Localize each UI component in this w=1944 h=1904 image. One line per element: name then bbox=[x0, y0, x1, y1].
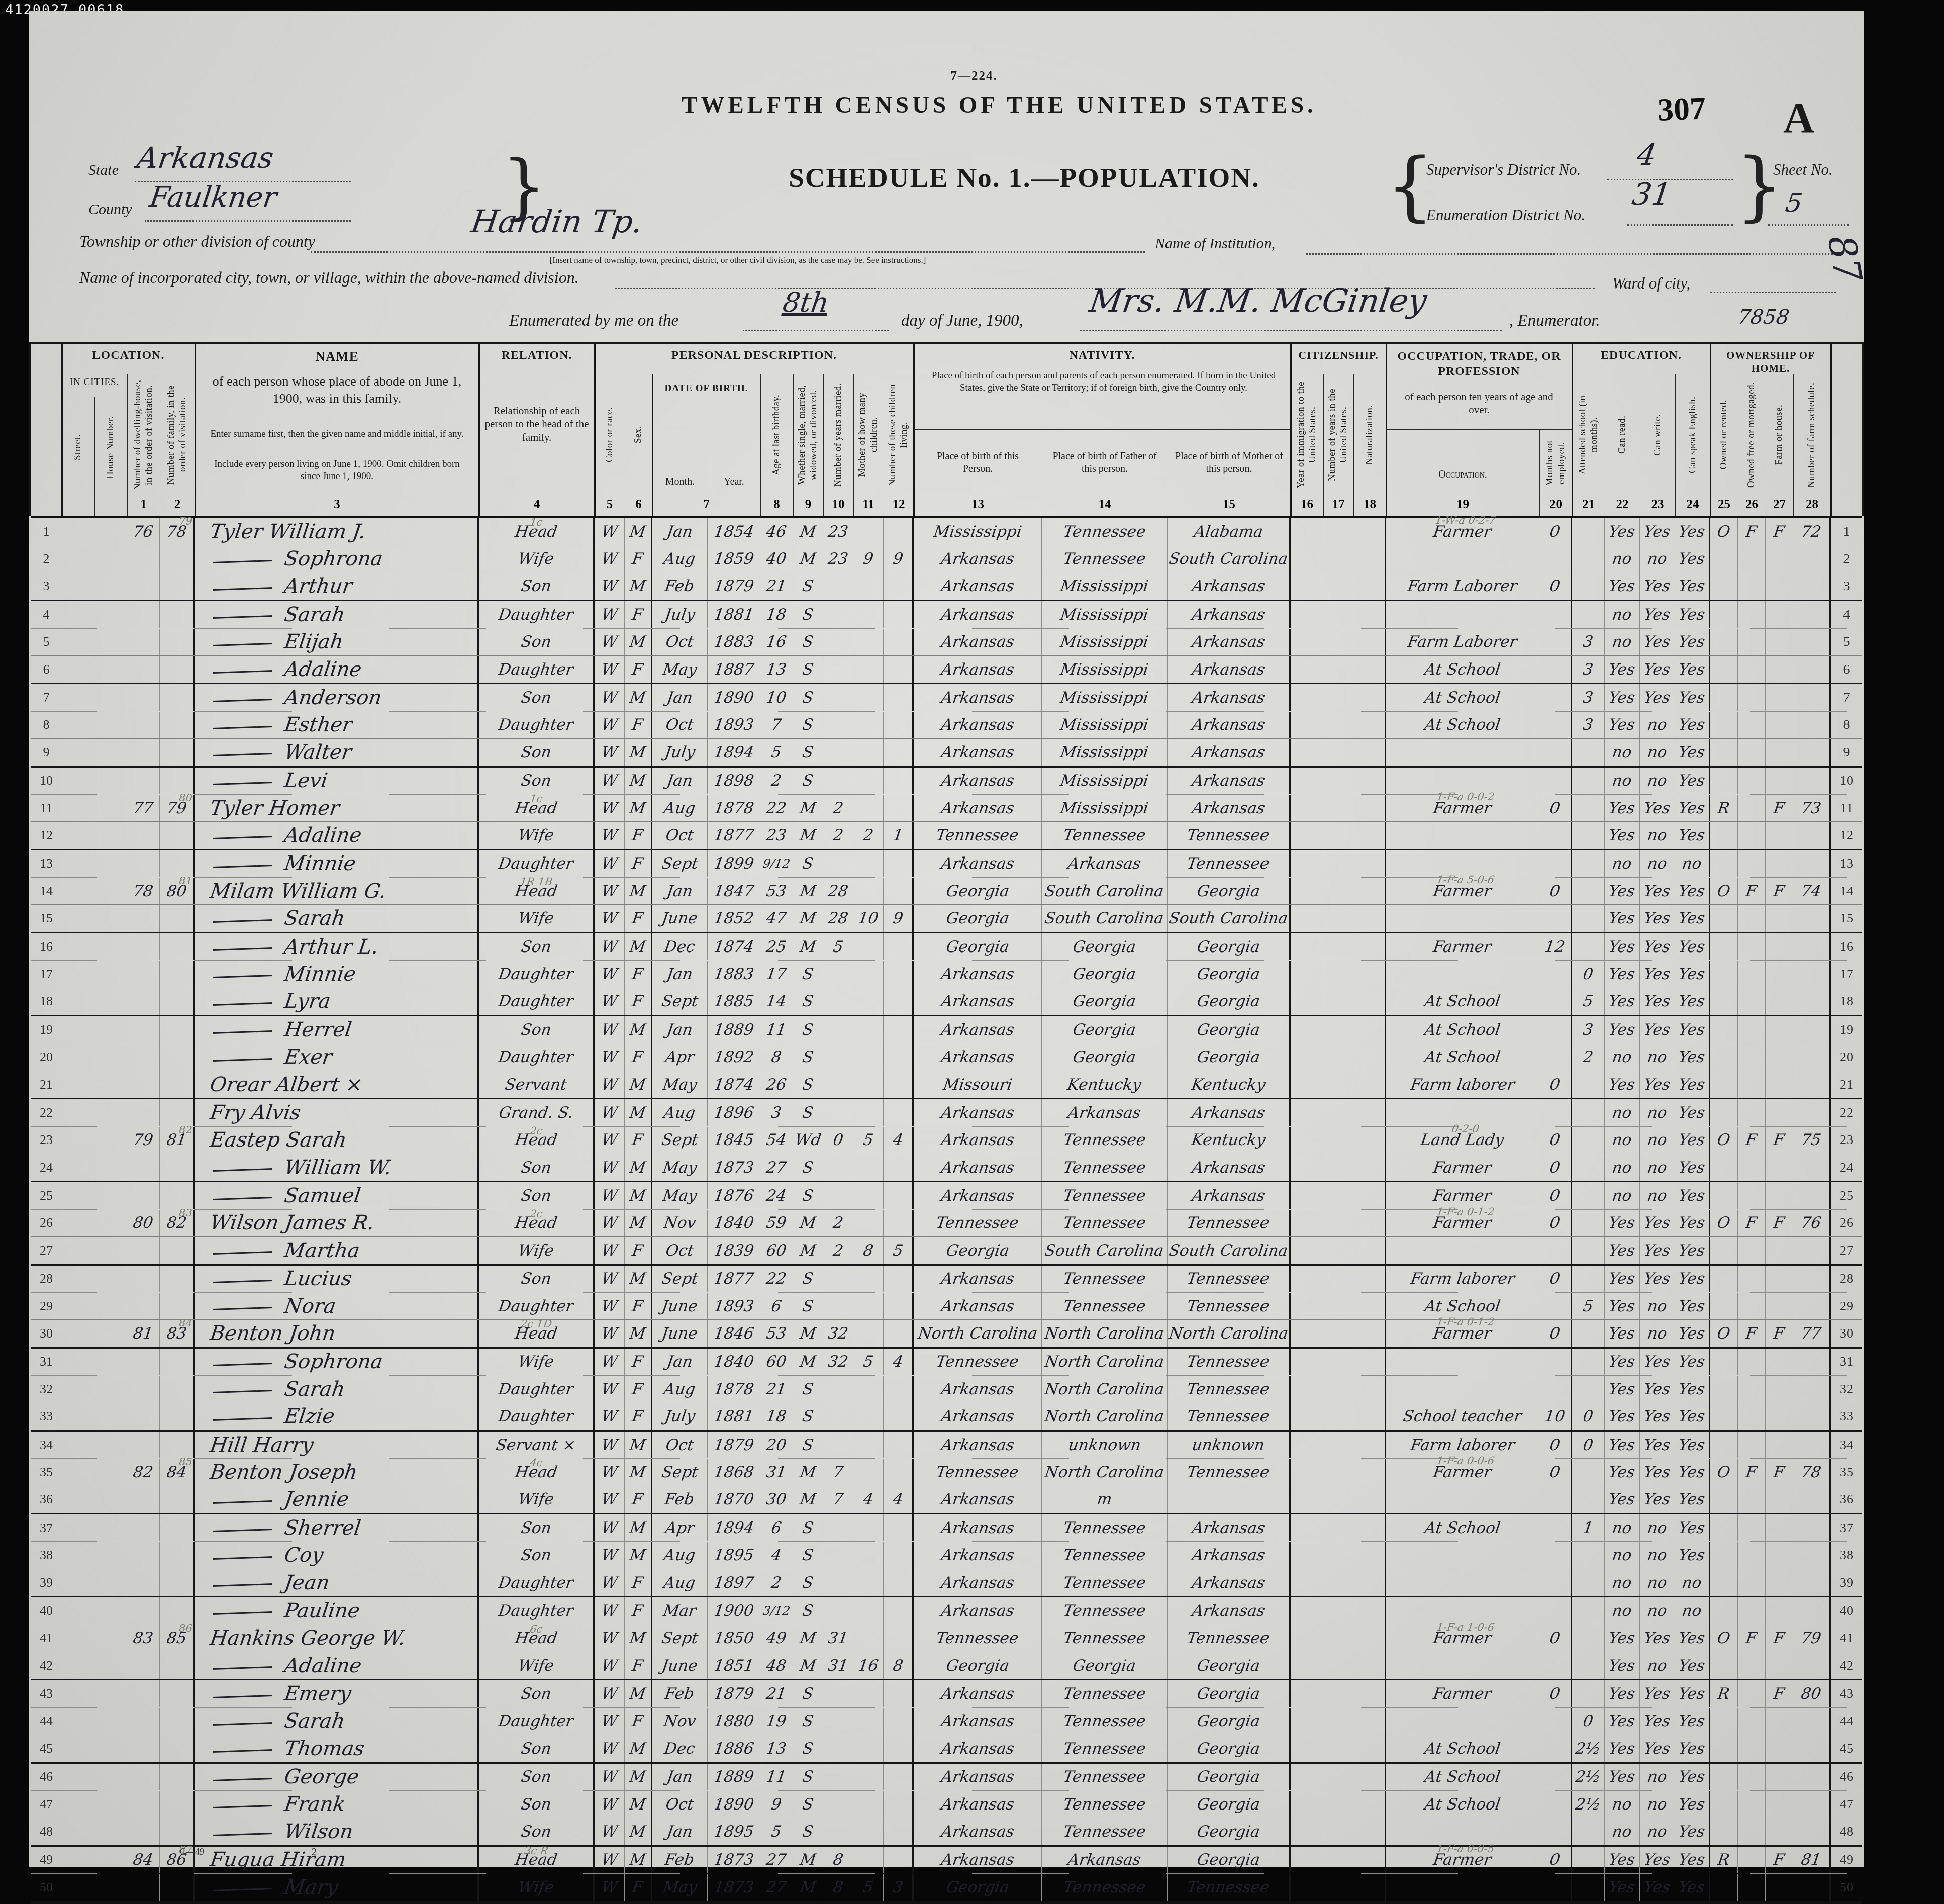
cell-ow: R bbox=[1710, 1847, 1738, 1873]
cell-mn bbox=[1539, 768, 1572, 794]
cell-ag: 21 bbox=[760, 1376, 793, 1402]
column-number-12: 12 bbox=[884, 498, 914, 512]
table-row: 47FrankSonWMOct18909SArkansasTennesseeGe… bbox=[31, 1791, 1862, 1818]
cell-fr bbox=[1738, 684, 1766, 711]
cell-mo: Oct bbox=[652, 712, 708, 738]
cell-st bbox=[62, 1403, 94, 1430]
cell-p3: Tennessee bbox=[1168, 1403, 1291, 1430]
cell-yr: 1850 bbox=[708, 1625, 760, 1652]
pencil-note: 1-F-a 0-0-6 bbox=[1436, 1455, 1495, 1467]
cell-ow bbox=[1710, 1486, 1738, 1513]
cell-fh bbox=[1766, 822, 1793, 848]
cell-fs: 76 bbox=[1793, 1210, 1831, 1236]
cell-fs bbox=[1793, 933, 1831, 960]
ditto-dash bbox=[213, 1363, 272, 1366]
cell-yr: 1883 bbox=[708, 629, 760, 655]
cell-yr: 1840 bbox=[708, 1210, 760, 1236]
cell-mL: 2 bbox=[31, 545, 62, 572]
cell-rl: Head1c bbox=[479, 795, 595, 821]
cell-ow bbox=[1710, 1432, 1738, 1458]
cell-mR: 7 bbox=[1831, 684, 1862, 711]
cell-oc bbox=[1386, 768, 1539, 794]
cell-s: M bbox=[625, 1459, 652, 1485]
cell-fs: 74 bbox=[1793, 878, 1831, 904]
cell-c: W bbox=[595, 795, 625, 821]
cell-yr: 1846 bbox=[708, 1320, 760, 1347]
cell-mn bbox=[1539, 684, 1572, 711]
cell-yus bbox=[1323, 1818, 1353, 1845]
cell-c: W bbox=[595, 988, 625, 1015]
cell-ag: 46 bbox=[760, 518, 793, 545]
cell-p1: Tennessee bbox=[914, 1459, 1042, 1485]
cell-s: F bbox=[625, 1349, 652, 1375]
cell-fr bbox=[1738, 601, 1766, 628]
cell-mc: 10 bbox=[853, 905, 884, 931]
cell-yus bbox=[1323, 1569, 1353, 1596]
cell-sc bbox=[1572, 1376, 1605, 1402]
cell-mo: Feb bbox=[652, 573, 708, 600]
cell-yus bbox=[1323, 1514, 1353, 1541]
cell-st bbox=[62, 601, 94, 628]
cell-wr: Yes bbox=[1640, 1237, 1675, 1264]
cell-mo: Sept bbox=[652, 1459, 708, 1485]
cell-fh bbox=[1766, 1486, 1793, 1513]
cell-fh bbox=[1766, 1764, 1793, 1790]
cell-s: F bbox=[625, 850, 652, 877]
cell-fr bbox=[1738, 573, 1766, 600]
cell-hn bbox=[94, 1182, 127, 1209]
cell-rl: Head6c bbox=[479, 1625, 595, 1652]
cell-fh bbox=[1766, 1071, 1793, 1098]
cell-hn bbox=[94, 1349, 127, 1375]
cell-mc bbox=[853, 1542, 884, 1568]
cell-fa: 8586 bbox=[160, 1625, 195, 1652]
cell-s: M bbox=[625, 1432, 652, 1458]
cell-p2: Tennessee bbox=[1042, 1293, 1168, 1319]
cell-wr: Yes bbox=[1640, 573, 1675, 600]
cell-mR: 41 bbox=[1831, 1625, 1862, 1652]
cell-ym: 8 bbox=[823, 1874, 853, 1900]
pencil-note: 83 bbox=[179, 1207, 192, 1219]
cell-mc bbox=[853, 878, 884, 904]
cell-cl bbox=[884, 850, 914, 877]
cell-nat bbox=[1353, 1237, 1386, 1264]
table-row: 13MinnieDaughterWFSept18999/12SArkansasA… bbox=[31, 850, 1862, 878]
cell-p1: Arkansas bbox=[914, 1154, 1042, 1181]
cell-dw: 80 bbox=[127, 1210, 160, 1236]
cell-cl bbox=[884, 739, 914, 766]
cell-p1: Arkansas bbox=[914, 1266, 1042, 1292]
cell-nat bbox=[1353, 1349, 1386, 1375]
cell-fr bbox=[1738, 1293, 1766, 1319]
cell-ag: 11 bbox=[760, 1764, 793, 1790]
cell-yus bbox=[1323, 1735, 1353, 1762]
cell-rd: no bbox=[1605, 1127, 1640, 1154]
cell-fs: 80 bbox=[1793, 1680, 1831, 1707]
cell-fr bbox=[1738, 1542, 1766, 1568]
cell-ow bbox=[1710, 601, 1738, 628]
table-row: 46GeorgeSonWMJan188911SArkansasTennessee… bbox=[31, 1764, 1862, 1791]
table-row: 1767879Tyler William J.Head1cWMJan185446… bbox=[31, 518, 1862, 545]
cell-mo: Apr bbox=[652, 1514, 708, 1541]
cell-cl bbox=[884, 1266, 914, 1292]
supervisor-value: 4 bbox=[1635, 138, 1658, 172]
cell-hn bbox=[94, 1486, 127, 1513]
cell-rd: no bbox=[1605, 739, 1640, 766]
cell-yr: 1900 bbox=[708, 1597, 760, 1624]
cell-wr: Yes bbox=[1640, 1847, 1675, 1873]
cell-dw: 81 bbox=[127, 1320, 160, 1347]
cell-st bbox=[62, 933, 94, 960]
cell-ag: 26 bbox=[760, 1071, 793, 1098]
table-row: 4SarahDaughterWFJuly188118SArkansasMissi… bbox=[31, 601, 1862, 628]
cell-p1: Georgia bbox=[914, 878, 1042, 904]
column-number-19: 19 bbox=[1386, 498, 1539, 512]
cell-ma: S bbox=[793, 1266, 823, 1292]
cell-s: M bbox=[625, 768, 652, 794]
cell-mc: 9 bbox=[853, 545, 884, 572]
cell-p2: Tennessee bbox=[1042, 1791, 1168, 1818]
cell-ma: S bbox=[793, 712, 823, 738]
cell-dw bbox=[127, 712, 160, 738]
cell-mR: 36 bbox=[1831, 1486, 1862, 1513]
cell-ma: S bbox=[793, 850, 823, 877]
cell-mn bbox=[1539, 1818, 1572, 1845]
cell-cl bbox=[884, 601, 914, 628]
cell-rl: Son bbox=[479, 1514, 595, 1541]
cell-nm: Tyler Homer bbox=[195, 795, 479, 821]
cell-mR: 14 bbox=[1831, 878, 1862, 904]
cell-dw bbox=[127, 850, 160, 877]
cell-mn bbox=[1539, 1708, 1572, 1735]
cell-imm bbox=[1291, 1071, 1323, 1098]
cell-nat bbox=[1353, 1652, 1386, 1679]
cell-ma: M bbox=[793, 1210, 823, 1236]
cell-fa bbox=[160, 768, 195, 794]
cell-nm: Minnie bbox=[195, 850, 479, 877]
cell-st bbox=[62, 1680, 94, 1707]
cell-mL: 4 bbox=[31, 601, 62, 628]
cell-mR: 6 bbox=[1831, 656, 1862, 683]
cell-sc: 3 bbox=[1572, 656, 1605, 683]
cell-hn bbox=[94, 1680, 127, 1707]
cell-nat bbox=[1353, 1486, 1386, 1513]
cell-hn bbox=[94, 1459, 127, 1485]
cell-en: Yes bbox=[1675, 1237, 1710, 1264]
cell-oc bbox=[1386, 905, 1539, 931]
cell-s: F bbox=[625, 1403, 652, 1430]
ditto-dash bbox=[213, 1280, 272, 1283]
cell-mR: 1 bbox=[1831, 518, 1862, 545]
cell-ym bbox=[823, 1569, 853, 1596]
cell-imm bbox=[1291, 1708, 1323, 1735]
cell-oc bbox=[1386, 601, 1539, 628]
cell-ma: S bbox=[793, 1376, 823, 1402]
cell-p2: South Carolina bbox=[1042, 1237, 1168, 1264]
county-value: Faulkner bbox=[147, 181, 278, 214]
cell-st bbox=[62, 518, 94, 545]
cell-p2: Tennessee bbox=[1042, 1182, 1168, 1209]
cell-c: W bbox=[595, 1293, 625, 1319]
cell-mn bbox=[1539, 961, 1572, 987]
cell-mR: 9 bbox=[1831, 739, 1862, 766]
cell-ym bbox=[823, 601, 853, 628]
cell-sc: 1 bbox=[1572, 1514, 1605, 1541]
cell-ow bbox=[1710, 1874, 1738, 1900]
cell-oc: At School bbox=[1386, 1764, 1539, 1790]
cell-c: W bbox=[595, 1320, 625, 1347]
cell-p1: Arkansas bbox=[914, 712, 1042, 738]
cell-ma: M bbox=[793, 545, 823, 572]
cell-ma: S bbox=[793, 1597, 823, 1624]
cell-wr: no bbox=[1640, 1514, 1675, 1541]
cell-fs: 72 bbox=[1793, 518, 1831, 545]
cell-rd: Yes bbox=[1605, 878, 1640, 904]
cell-fa bbox=[160, 933, 195, 960]
cell-wr: no bbox=[1640, 545, 1675, 572]
cell-dw bbox=[127, 1099, 160, 1126]
cell-p3: Kentucky bbox=[1168, 1071, 1291, 1098]
cell-ym bbox=[823, 850, 853, 877]
cell-yr: 1874 bbox=[708, 933, 760, 960]
township-value: Hardin Tp. bbox=[469, 203, 645, 240]
cell-nm: Exer bbox=[195, 1043, 479, 1070]
cell-p2: Mississippi bbox=[1042, 712, 1168, 738]
cell-st bbox=[62, 1764, 94, 1790]
cell-oc: Farmer bbox=[1386, 1154, 1539, 1181]
cell-mo: Dec bbox=[652, 1735, 708, 1762]
cell-p3: Arkansas bbox=[1168, 573, 1291, 600]
cell-nat bbox=[1353, 1320, 1386, 1347]
cell-sc bbox=[1572, 1210, 1605, 1236]
cell-p2: Georgia bbox=[1042, 1043, 1168, 1070]
cell-imm bbox=[1291, 1597, 1323, 1624]
cell-ag: 4 bbox=[760, 1542, 793, 1568]
ditto-dash bbox=[213, 560, 272, 563]
cell-p1: Arkansas bbox=[914, 545, 1042, 572]
enumerated-day-line bbox=[743, 330, 889, 331]
cell-sc: 3 bbox=[1572, 629, 1605, 655]
cell-fs bbox=[1793, 1542, 1831, 1568]
cell-cl bbox=[884, 1071, 914, 1098]
cell-rd: Yes bbox=[1605, 1376, 1640, 1402]
cell-mL: 29 bbox=[31, 1293, 62, 1319]
cell-ow bbox=[1710, 1043, 1738, 1070]
cell-en: Yes bbox=[1675, 961, 1710, 987]
cell-fs bbox=[1793, 629, 1831, 655]
township-line bbox=[311, 251, 1145, 253]
cell-wr: Yes bbox=[1640, 1349, 1675, 1375]
cell-ym bbox=[823, 1597, 853, 1624]
cell-fr bbox=[1738, 1237, 1766, 1264]
city-label: Name of incorporated city, town, or vill… bbox=[79, 268, 579, 287]
cell-cl bbox=[884, 1542, 914, 1568]
cell-oc: Farm Laborer bbox=[1386, 573, 1539, 600]
cell-mL: 19 bbox=[31, 1016, 62, 1043]
cell-p1: Arkansas bbox=[914, 1847, 1042, 1873]
cell-nm: Pauline bbox=[195, 1597, 479, 1624]
cell-cl bbox=[884, 1847, 914, 1873]
cell-rl: Wife bbox=[479, 1349, 595, 1375]
cell-cl bbox=[884, 1043, 914, 1070]
cell-rl: Son bbox=[479, 1818, 595, 1845]
cell-p1: Arkansas bbox=[914, 1403, 1042, 1430]
cell-p3: Arkansas bbox=[1168, 656, 1291, 683]
ditto-dash bbox=[213, 1778, 272, 1781]
cell-fa bbox=[160, 1542, 195, 1568]
cell-wr: Yes bbox=[1640, 601, 1675, 628]
cell-ma: S bbox=[793, 1569, 823, 1596]
cell-fs bbox=[1793, 1099, 1831, 1126]
cell-hn bbox=[94, 905, 127, 931]
cell-cl bbox=[884, 1154, 914, 1181]
cell-s: M bbox=[625, 1154, 652, 1181]
cell-fs bbox=[1793, 1349, 1831, 1375]
cell-mR: 5 bbox=[1831, 629, 1862, 655]
cell-yus bbox=[1323, 518, 1353, 545]
cell-mc bbox=[853, 1514, 884, 1541]
cell-mc: 16 bbox=[853, 1652, 884, 1679]
cell-sc bbox=[1572, 1680, 1605, 1707]
cell-nm: Orear Albert × bbox=[195, 1071, 479, 1098]
cell-oc: Farmer bbox=[1386, 1182, 1539, 1209]
cell-c: W bbox=[595, 1625, 625, 1652]
cell-s: M bbox=[625, 933, 652, 960]
table-row: 43EmerySonWMFeb187921SArkansasTennesseeG… bbox=[31, 1680, 1862, 1707]
cell-mR: 10 bbox=[1831, 768, 1862, 794]
ditto-dash bbox=[213, 975, 272, 978]
cell-dw bbox=[127, 1237, 160, 1264]
cell-st bbox=[62, 1016, 94, 1043]
cell-yus bbox=[1323, 1210, 1353, 1236]
cell-mc bbox=[853, 684, 884, 711]
cell-fr bbox=[1738, 1818, 1766, 1845]
cell-p3: Georgia bbox=[1168, 1735, 1291, 1762]
column-number-21: 21 bbox=[1572, 498, 1605, 512]
cell-st bbox=[62, 1874, 94, 1900]
cell-fh bbox=[1766, 1735, 1793, 1762]
enumerated-post: , Enumerator. bbox=[1509, 312, 1600, 330]
cell-en: Yes bbox=[1675, 1210, 1710, 1236]
cell-p2: Tennessee bbox=[1042, 545, 1168, 572]
cell-hn bbox=[94, 656, 127, 683]
table-row: 7AndersonSonWMJan189010SArkansasMississi… bbox=[31, 684, 1862, 711]
cell-imm bbox=[1291, 1874, 1323, 1900]
cell-p2: Tennessee bbox=[1042, 1127, 1168, 1154]
cell-rl: Son bbox=[479, 1542, 595, 1568]
cell-rd: Yes bbox=[1605, 795, 1640, 821]
cell-cl bbox=[884, 1680, 914, 1707]
cell-yr: 1883 bbox=[708, 961, 760, 987]
cell-imm bbox=[1291, 629, 1323, 655]
cell-mR: 48 bbox=[1831, 1818, 1862, 1845]
cell-nat bbox=[1353, 1016, 1386, 1043]
cell-nm: Anderson bbox=[195, 684, 479, 711]
cell-imm bbox=[1291, 1099, 1323, 1126]
cell-nat bbox=[1353, 1043, 1386, 1070]
cell-p1: Arkansas bbox=[914, 1708, 1042, 1735]
cell-mn: 0 bbox=[1539, 878, 1572, 904]
cell-s: M bbox=[625, 878, 652, 904]
cell-ma: S bbox=[793, 629, 823, 655]
cell-yus bbox=[1323, 601, 1353, 628]
cell-dw bbox=[127, 1569, 160, 1596]
cell-imm bbox=[1291, 850, 1323, 877]
cell-yus bbox=[1323, 1459, 1353, 1485]
cell-hn bbox=[94, 1514, 127, 1541]
cell-en: Yes bbox=[1675, 1542, 1710, 1568]
column-number-5: 5 bbox=[595, 498, 625, 512]
pencil-note: 1-W-a 0-2-7 bbox=[1434, 514, 1496, 526]
cell-mL: 43 bbox=[31, 1680, 62, 1707]
cell-oc: Farmer bbox=[1386, 933, 1539, 960]
cell-mR: 31 bbox=[1831, 1349, 1862, 1375]
cell-nat bbox=[1353, 1376, 1386, 1402]
cell-ma: S bbox=[793, 1514, 823, 1541]
cell-p2: South Carolina bbox=[1042, 905, 1168, 931]
table-row: 49848687Fuqua HiramHead3c RWMFeb187327M8… bbox=[31, 1847, 1862, 1874]
cell-mc bbox=[853, 1099, 884, 1126]
cell-fh bbox=[1766, 988, 1793, 1015]
cell-rd: Yes bbox=[1605, 961, 1640, 987]
cell-p1: Arkansas bbox=[914, 988, 1042, 1015]
cell-fa bbox=[160, 1376, 195, 1402]
cell-oc: At School bbox=[1386, 1735, 1539, 1762]
cell-mo: Mar bbox=[652, 1597, 708, 1624]
cell-fr: F bbox=[1738, 1127, 1766, 1154]
cell-sc bbox=[1572, 545, 1605, 572]
cell-yus bbox=[1323, 712, 1353, 738]
cell-yr: 1890 bbox=[708, 1791, 760, 1818]
cell-yr: 1887 bbox=[708, 656, 760, 683]
cell-rl: Head3c R bbox=[479, 1847, 595, 1873]
cell-yus bbox=[1323, 768, 1353, 794]
cell-mR: 43 bbox=[1831, 1680, 1862, 1707]
cell-wr: Yes bbox=[1640, 684, 1675, 711]
column-number-17: 17 bbox=[1323, 498, 1353, 512]
cell-oc bbox=[1386, 961, 1539, 987]
cell-rl: Head2c bbox=[479, 1127, 595, 1154]
cell-mR: 16 bbox=[1831, 933, 1862, 960]
cell-ag: 60 bbox=[760, 1237, 793, 1264]
cell-yr: 1895 bbox=[708, 1818, 760, 1845]
cell-p1: Tennessee bbox=[914, 1625, 1042, 1652]
cell-ym bbox=[823, 1680, 853, 1707]
cell-ym: 5 bbox=[823, 933, 853, 960]
cell-fa bbox=[160, 1791, 195, 1818]
cell-fs bbox=[1793, 739, 1831, 766]
cell-mL: 1 bbox=[31, 518, 62, 545]
cell-st bbox=[62, 988, 94, 1015]
cell-fs: 79 bbox=[1793, 1625, 1831, 1652]
cell-mo: July bbox=[652, 739, 708, 766]
ward-label: Ward of city, bbox=[1612, 274, 1690, 293]
cell-ym: 23 bbox=[823, 545, 853, 572]
cell-yr: 1879 bbox=[708, 1432, 760, 1458]
cell-oc bbox=[1386, 822, 1539, 848]
cell-rl: Wife bbox=[479, 905, 595, 931]
cell-ag: 2 bbox=[760, 1569, 793, 1596]
cell-fr bbox=[1738, 1403, 1766, 1430]
cell-fa: 8182 bbox=[160, 1127, 195, 1154]
cell-cl bbox=[884, 988, 914, 1015]
cell-s: F bbox=[625, 601, 652, 628]
cell-yr: 1879 bbox=[708, 573, 760, 600]
cell-s: F bbox=[625, 988, 652, 1015]
cell-en: Yes bbox=[1675, 1154, 1710, 1181]
cell-nm: Adaline bbox=[195, 822, 479, 848]
cell-c: W bbox=[595, 1182, 625, 1209]
